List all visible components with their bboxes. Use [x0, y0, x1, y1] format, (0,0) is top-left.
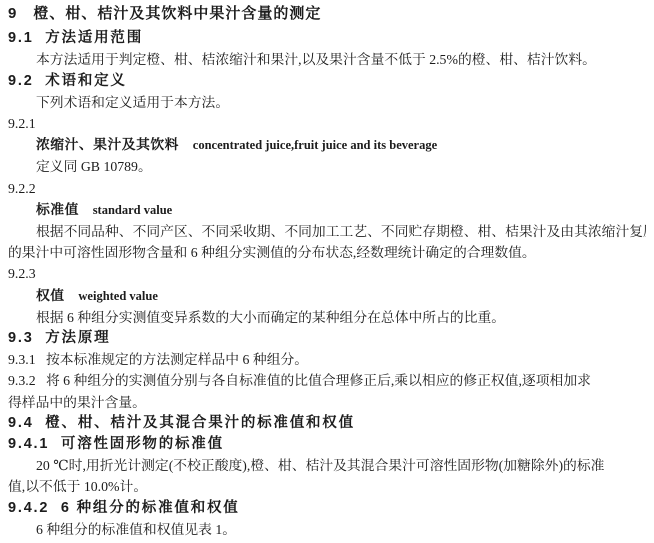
- body-text-line: 值,以不低于 10.0%计。: [8, 476, 646, 497]
- definition-term-line: 权值 weighted value: [8, 285, 646, 307]
- clause-heading: 9.2 术语和定义: [8, 71, 646, 92]
- body-text-line: 9.2.1: [8, 113, 646, 134]
- clause-heading: 9.4.2 6 种组分的标准值和权值: [8, 498, 646, 519]
- definition-term-en: concentrated juice,fruit juice and its b…: [193, 138, 437, 152]
- clause-heading: 9.1 方法适用范围: [8, 28, 646, 49]
- body-text-line: 根据 6 种组分实测值变异系数的大小而确定的某种组分在总体中所占的比重。: [8, 307, 646, 328]
- definition-term-cn: 标准值: [36, 202, 79, 217]
- definition-term-line: 标准值 standard value: [8, 199, 646, 221]
- definition-term-cn: 权值: [36, 288, 65, 303]
- clause-heading: 9.4.1 可溶性固形物的标准值: [8, 434, 646, 455]
- body-text-line: 9.2.2: [8, 178, 646, 199]
- definition-term-line: 浓缩汁、果汁及其饮料 concentrated juice,fruit juic…: [8, 134, 646, 156]
- clause-heading: 9.4 橙、柑、桔汁及其混合果汁的标准值和权值: [8, 413, 646, 434]
- document-page: 9 橙、柑、桔汁及其饮料中果汁含量的测定9.1 方法适用范围本方法适用于判定橙、…: [0, 0, 654, 543]
- body-text-line: 9.3.1 按本标准规定的方法测定样品中 6 种组分。: [8, 349, 646, 370]
- body-text-line: 定义同 GB 10789。: [8, 156, 646, 177]
- body-text-line: 9.3.2 将 6 种组分的实测值分别与各自标准值的比值合理修正后,乘以相应的修…: [8, 370, 646, 391]
- clause-heading: 9.3 方法原理: [8, 328, 646, 349]
- definition-term-cn: 浓缩汁、果汁及其饮料: [36, 137, 179, 152]
- chapter-heading: 9 橙、柑、桔汁及其饮料中果汁含量的测定: [8, 3, 646, 24]
- body-text-line: 20 ℃时,用折光计测定(不校正酸度),橙、柑、桔汁及其混合果汁可溶性固形物(加…: [8, 455, 646, 476]
- body-text-line: 的果汁中可溶性固形物含量和 6 种组分实测值的分布状态,经数理统计确定的合理数值…: [8, 242, 646, 263]
- body-text-line: 9.2.3: [8, 263, 646, 284]
- body-text-line: 本方法适用于判定橙、柑、桔浓缩汁和果汁,以及果汁含量不低于 2.5%的橙、柑、桔…: [8, 49, 646, 70]
- definition-term-en: standard value: [93, 203, 173, 217]
- body-text-line: 6 种组分的标准值和权值见表 1。: [8, 519, 646, 540]
- body-text-line: 得样品中的果汁含量。: [8, 392, 646, 413]
- body-text-line: 根据不同品种、不同产区、不同采收期、不同加工工艺、不同贮存期橙、柑、桔果汁及由其…: [8, 221, 646, 242]
- body-text-line: 下列术语和定义适用于本方法。: [8, 92, 646, 113]
- definition-term-en: weighted value: [78, 289, 158, 303]
